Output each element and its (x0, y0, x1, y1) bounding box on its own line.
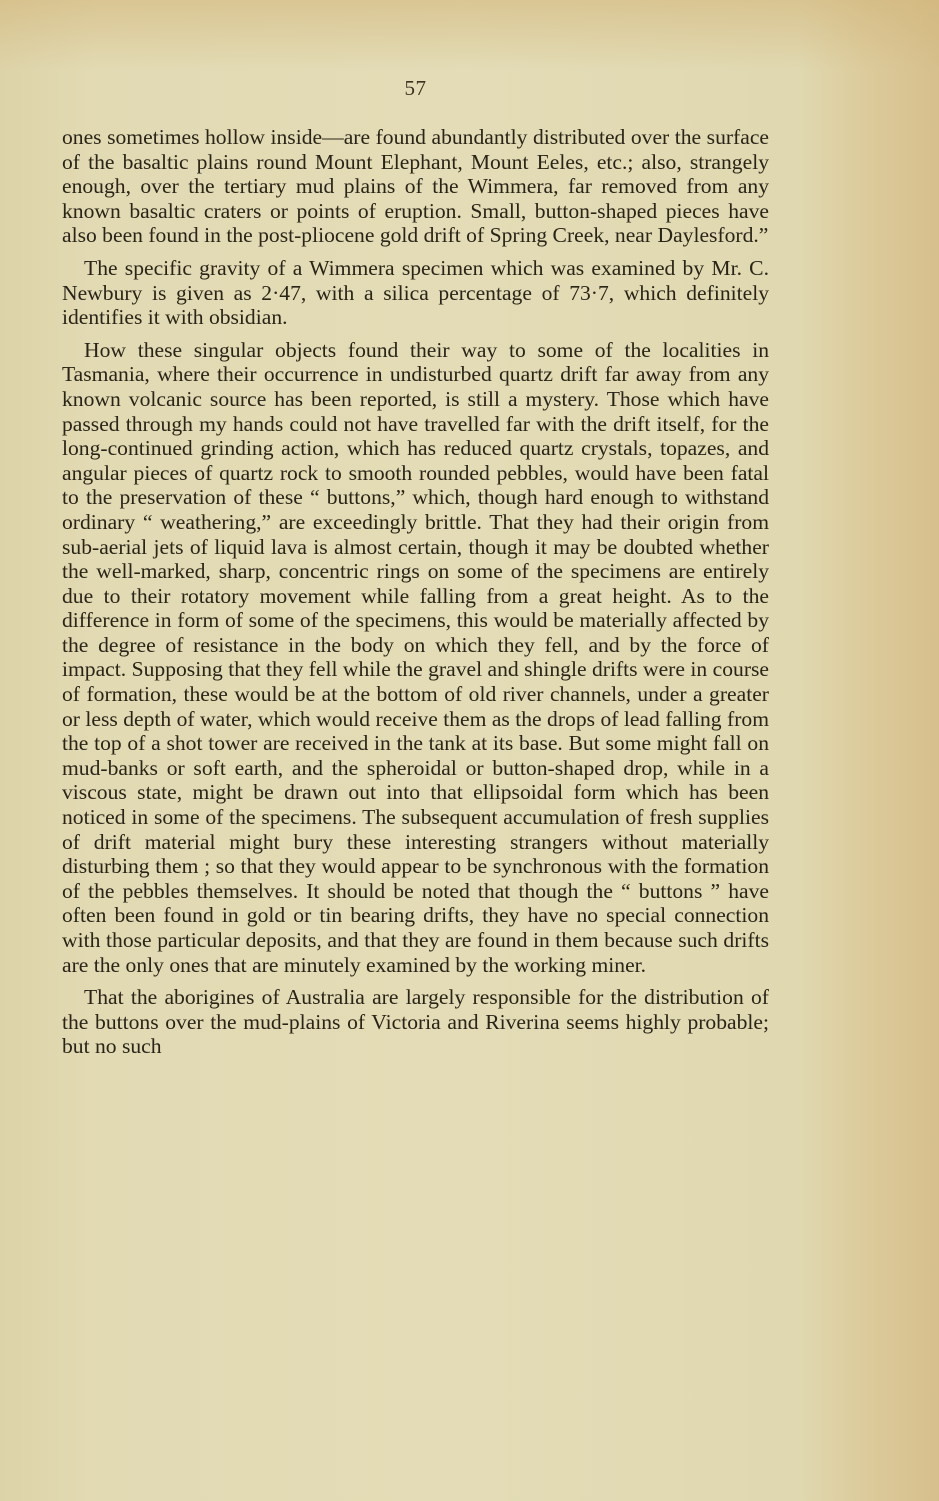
paragraph-specific-gravity: The specific gravity of a Wimmera specim… (62, 256, 769, 330)
paragraph-continuation: ones sometimes hollow inside—are found a… (62, 125, 769, 248)
page-edge-shading (0, 0, 939, 70)
body-text: ones sometimes hollow inside—are found a… (62, 125, 769, 1067)
page-number: 57 (62, 76, 769, 101)
paragraph-origin-of-buttons: How these singular objects found their w… (62, 338, 769, 977)
paragraph-aborigines: That the aborigines of Australia are lar… (62, 985, 769, 1059)
